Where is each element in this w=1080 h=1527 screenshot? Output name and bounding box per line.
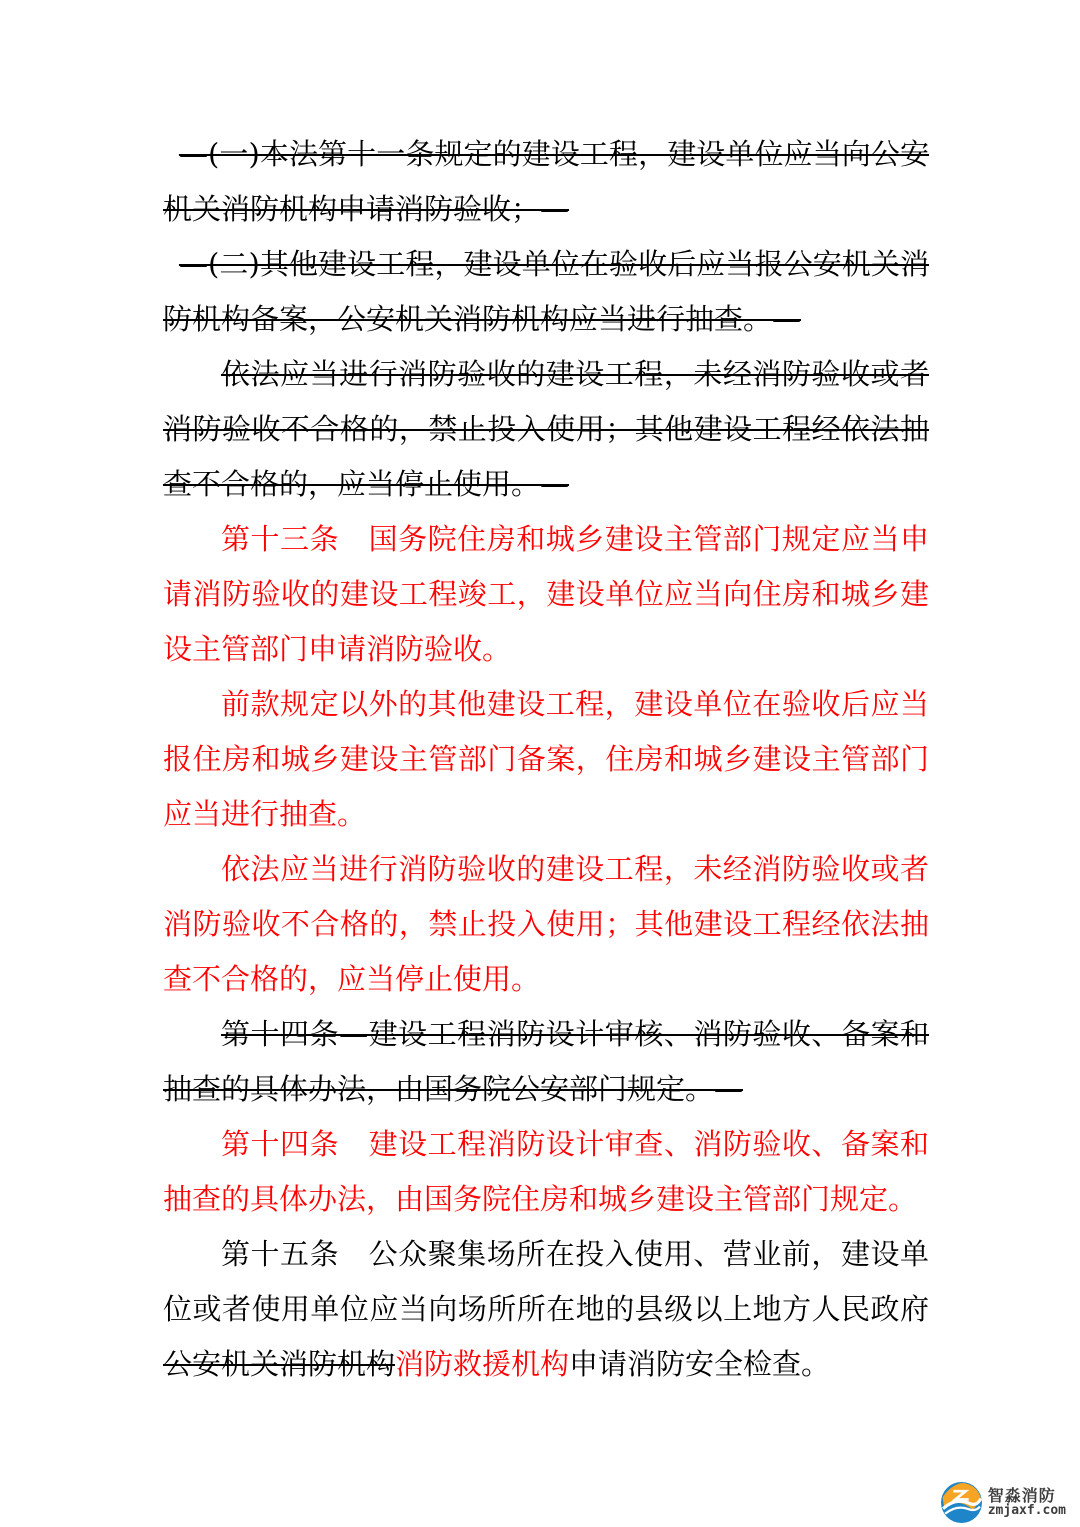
text-segment-ins: 第十四条 建设工程消防设计审查、消防验收、备案和抽查的具体办法，由国务院住房和城…	[163, 1127, 929, 1216]
text-segment-del: 依法应当进行消防验收的建设工程，未经消防验收或者消防验收不合格的，禁止投入使用；…	[163, 357, 929, 501]
paragraph: 依法应当进行消防验收的建设工程，未经消防验收或者消防验收不合格的，禁止投入使用；…	[163, 842, 929, 1007]
paragraph: 第十四条—建设工程消防设计审核、消防验收、备案和抽查的具体办法，由国务院公安部门…	[163, 1007, 929, 1117]
paragraph: —(二)其他建设工程，建设单位在验收后应当报公安机关消防机构备案，公安机关消防机…	[163, 237, 929, 347]
text-segment-normal: 申请消防安全检查。	[569, 1347, 830, 1381]
watermark-brand: 智淼消防	[988, 1487, 1066, 1505]
paragraph: 第十五条 公众聚集场所在投入使用、营业前，建设单位或者使用单位应当向场所所在地的…	[163, 1227, 929, 1392]
paragraph: 前款规定以外的其他建设工程，建设单位在验收后应当报住房和城乡建设主管部门备案，住…	[163, 677, 929, 842]
document-body: —(一)本法第十一条规定的建设工程，建设单位应当向公安机关消防机构申请消防验收；…	[163, 127, 929, 1392]
watermark-domain: zmjaxf.com	[988, 1504, 1066, 1518]
text-segment-del: —(一)本法第十一条规定的建设工程，建设单位应当向公安机关消防机构申请消防验收；…	[163, 137, 929, 226]
text-segment-ins: 依法应当进行消防验收的建设工程，未经消防验收或者消防验收不合格的，禁止投入使用；…	[163, 852, 929, 996]
text-segment-ins: 消防救援机构	[395, 1347, 569, 1381]
text-segment-del: —(二)其他建设工程，建设单位在验收后应当报公安机关消防机构备案，公安机关消防机…	[163, 247, 929, 336]
paragraph: —(一)本法第十一条规定的建设工程，建设单位应当向公安机关消防机构申请消防验收；…	[163, 127, 929, 237]
text-segment-del: 公安机关消防机构	[163, 1347, 395, 1381]
paragraph: 第十四条 建设工程消防设计审查、消防验收、备案和抽查的具体办法，由国务院住房和城…	[163, 1117, 929, 1227]
paragraph: 第十三条 国务院住房和城乡建设主管部门规定应当申请消防验收的建设工程竣工，建设单…	[163, 512, 929, 677]
zhimiao-fire-logo-icon	[941, 1482, 982, 1523]
text-segment-normal: 第十五条 公众聚集场所在投入使用、营业前，建设单位或者使用单位应当向场所所在地的…	[163, 1237, 929, 1326]
paragraph: 依法应当进行消防验收的建设工程，未经消防验收或者消防验收不合格的，禁止投入使用；…	[163, 347, 929, 512]
text-segment-ins: 前款规定以外的其他建设工程，建设单位在验收后应当报住房和城乡建设主管部门备案，住…	[163, 687, 929, 831]
text-segment-del: 第十四条—建设工程消防设计审核、消防验收、备案和抽查的具体办法，由国务院公安部门…	[163, 1017, 929, 1106]
text-segment-ins: 第十三条 国务院住房和城乡建设主管部门规定应当申请消防验收的建设工程竣工，建设单…	[163, 522, 929, 666]
watermark-text: 智淼消防 zmjaxf.com	[988, 1487, 1066, 1519]
watermark: 智淼消防 zmjaxf.com	[941, 1482, 1066, 1523]
